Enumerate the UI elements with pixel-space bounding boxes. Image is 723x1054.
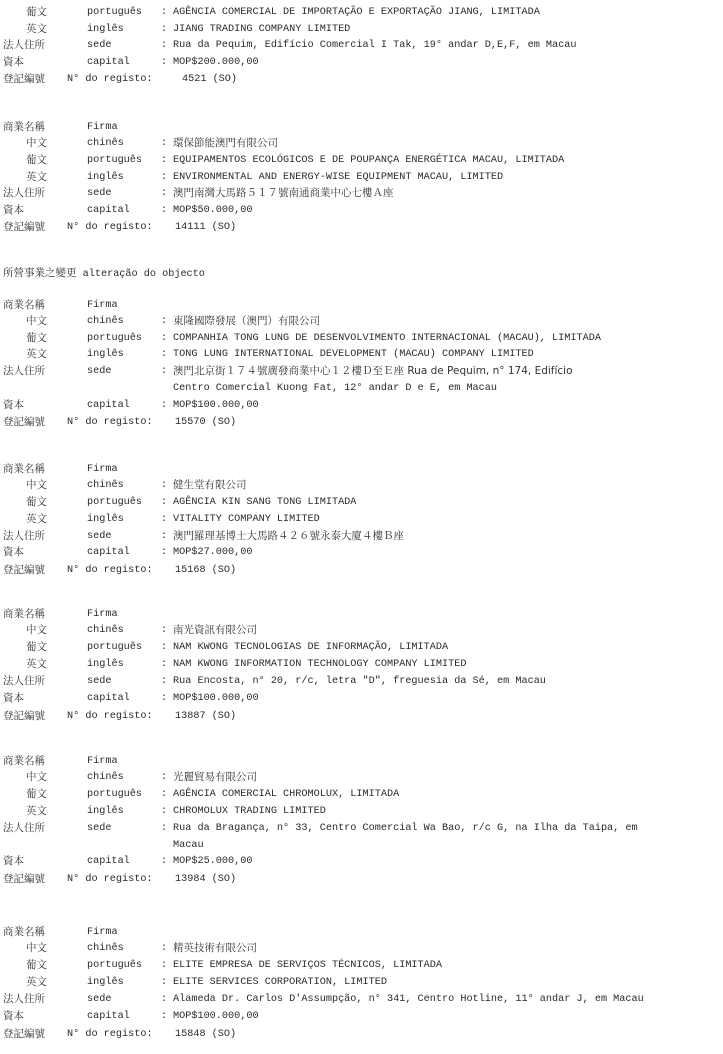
label-zh: 中文: [26, 769, 47, 786]
value: MOP$25.000,00: [173, 853, 252, 870]
label-zh: 法人住所: [3, 363, 45, 380]
value: Rua Encosta, n° 20, r/c, letra "D", freg…: [173, 673, 546, 690]
label-zh: 資本: [3, 54, 24, 71]
value: Macau: [173, 837, 204, 854]
label-pt: Firma: [87, 606, 118, 623]
label-pt: português: [87, 330, 142, 347]
value: AGÊNCIA COMERCIAL CHROMOLUX, LIMITADA: [173, 786, 399, 803]
label-zh: 中文: [26, 622, 47, 639]
value: 14111 (SO): [175, 219, 236, 236]
label-zh: 登記編號: [3, 414, 45, 431]
label-pt: sede: [87, 991, 111, 1008]
label-pt: chinês: [87, 135, 124, 152]
value: MOP$200.000,00: [173, 54, 259, 71]
label-pt: N° do registo:: [67, 414, 153, 431]
colon: :: [161, 169, 167, 186]
section-heading: 所營事業之變更 alteração do objecto: [3, 265, 205, 282]
label-pt: português: [87, 639, 142, 656]
value: MOP$100.000,00: [173, 1008, 259, 1025]
label-pt: inglês: [87, 656, 124, 673]
value: CHROMOLUX TRADING LIMITED: [173, 803, 326, 820]
colon: :: [161, 622, 167, 639]
colon: :: [161, 544, 167, 561]
label-pt: Firma: [87, 119, 118, 136]
label-pt: português: [87, 786, 142, 803]
label-pt: português: [87, 152, 142, 169]
label-zh: 葡文: [26, 330, 47, 347]
colon: :: [161, 397, 167, 414]
label-pt: N° do registo:: [67, 71, 153, 88]
label-zh: 葡文: [26, 152, 47, 169]
value: NAM KWONG TECNOLOGIAS DE INFORMAÇÃO, LIM…: [173, 639, 448, 656]
label-zh: 中文: [26, 313, 47, 330]
colon: :: [161, 135, 167, 152]
value: 健生堂有限公司: [173, 477, 247, 494]
colon: :: [161, 54, 167, 71]
value: NAM KWONG INFORMATION TECHNOLOGY COMPANY…: [173, 656, 466, 673]
label-pt: capital: [87, 853, 130, 870]
label-zh: 英文: [26, 346, 47, 363]
colon: :: [161, 820, 167, 837]
value: ELITE EMPRESA DE SERVIÇOS TÉCNICOS, LIMI…: [173, 957, 442, 974]
value: 精英技術有限公司: [173, 940, 257, 957]
colon: :: [161, 185, 167, 202]
label-zh: 葡文: [26, 639, 47, 656]
value: JIANG TRADING COMPANY LIMITED: [173, 21, 350, 38]
label-pt: sede: [87, 363, 111, 380]
colon: :: [161, 330, 167, 347]
label-pt: sede: [87, 37, 111, 54]
label-zh: 英文: [26, 21, 47, 38]
value: COMPANHIA TONG LUNG DE DESENVOLVIMENTO I…: [173, 330, 601, 347]
label-pt: português: [87, 494, 142, 511]
label-pt: inglês: [87, 169, 124, 186]
colon: :: [161, 477, 167, 494]
label-pt: capital: [87, 397, 130, 414]
value: ELITE SERVICES CORPORATION, LIMITED: [173, 974, 387, 991]
label-zh: 法人住所: [3, 185, 45, 202]
value: 15848 (SO): [175, 1026, 236, 1043]
label-zh: 葡文: [26, 494, 47, 511]
label-pt: capital: [87, 202, 130, 219]
value: MOP$100.000,00: [173, 690, 259, 707]
label-zh: 英文: [26, 169, 47, 186]
label-pt: sede: [87, 820, 111, 837]
value: Centro Comercial Kuong Fat, 12° andar D …: [173, 380, 497, 397]
label-zh: 登記編號: [3, 219, 45, 236]
label-zh: 商業名稱: [3, 606, 45, 623]
value: ENVIRONMENTAL AND ENERGY-WISE EQUIPMENT …: [173, 169, 503, 186]
label-pt: chinês: [87, 769, 124, 786]
colon: :: [161, 974, 167, 991]
label-pt: inglês: [87, 803, 124, 820]
colon: :: [161, 511, 167, 528]
colon: :: [161, 494, 167, 511]
label-pt: N° do registo:: [67, 562, 153, 579]
label-zh: 中文: [26, 940, 47, 957]
colon: :: [161, 4, 167, 21]
label-pt: sede: [87, 528, 111, 545]
label-zh: 登記編號: [3, 1026, 45, 1043]
colon: :: [161, 37, 167, 54]
value: Rua da Bragança, n° 33, Centro Comercial…: [173, 820, 638, 837]
value: MOP$27.000,00: [173, 544, 252, 561]
label-pt: inglês: [87, 21, 124, 38]
label-pt: capital: [87, 690, 130, 707]
label-pt: chinês: [87, 477, 124, 494]
label-zh: 資本: [3, 202, 24, 219]
value: 15570 (SO): [175, 414, 236, 431]
label-zh: 法人住所: [3, 528, 45, 545]
label-zh: 法人住所: [3, 673, 45, 690]
value: 光麗貿易有限公司: [173, 769, 257, 786]
colon: :: [161, 769, 167, 786]
label-pt: N° do registo:: [67, 1026, 153, 1043]
colon: :: [161, 639, 167, 656]
colon: :: [161, 528, 167, 545]
label-zh: 英文: [26, 803, 47, 820]
label-zh: 商業名稱: [3, 119, 45, 136]
label-zh: 葡文: [26, 957, 47, 974]
value: 南光資訊有限公司: [173, 622, 257, 639]
label-zh: 英文: [26, 974, 47, 991]
colon: :: [161, 656, 167, 673]
label-zh: 登記編號: [3, 562, 45, 579]
label-zh: 商業名稱: [3, 924, 45, 941]
label-pt: inglês: [87, 974, 124, 991]
label-pt: chinês: [87, 313, 124, 330]
colon: :: [161, 363, 167, 380]
label-pt: sede: [87, 185, 111, 202]
value: 澳門北京街１７４號廣發商業中心１２樓Ｄ至Ｅ座 Rua de Pequim, n°…: [173, 363, 573, 380]
label-zh: 商業名稱: [3, 297, 45, 314]
colon: :: [161, 152, 167, 169]
label-pt: Firma: [87, 461, 118, 478]
value: MOP$100.000,00: [173, 397, 259, 414]
label-pt: Firma: [87, 753, 118, 770]
label-zh: 法人住所: [3, 37, 45, 54]
colon: :: [161, 803, 167, 820]
label-pt: português: [87, 4, 142, 21]
label-zh: 資本: [3, 690, 24, 707]
value: 澳門南灣大馬路５１７號南通商業中心七樓Ａ座: [173, 185, 394, 202]
label-zh: 登記編號: [3, 71, 45, 88]
label-pt: N° do registo:: [67, 219, 153, 236]
label-zh: 資本: [3, 1008, 24, 1025]
label-zh: 法人住所: [3, 991, 45, 1008]
label-zh: 葡文: [26, 786, 47, 803]
value: AGÊNCIA COMERCIAL DE IMPORTAÇÃO E EXPORT…: [173, 4, 540, 21]
label-zh: 葡文: [26, 4, 47, 21]
section-heading-pt: alteração do objecto: [83, 269, 205, 280]
colon: :: [161, 940, 167, 957]
label-zh: 資本: [3, 544, 24, 561]
label-zh: 商業名稱: [3, 461, 45, 478]
colon: :: [161, 991, 167, 1008]
label-pt: chinês: [87, 622, 124, 639]
label-zh: 中文: [26, 135, 47, 152]
label-zh: 法人住所: [3, 820, 45, 837]
label-pt: português: [87, 957, 142, 974]
colon: :: [161, 202, 167, 219]
colon: :: [161, 690, 167, 707]
value: 4521 (SO): [182, 71, 237, 88]
label-pt: chinês: [87, 940, 124, 957]
value: EQUIPAMENTOS ECOLÓGICOS E DE POUPANÇA EN…: [173, 152, 564, 169]
label-pt: inglês: [87, 346, 124, 363]
value: VITALITY COMPANY LIMITED: [173, 511, 320, 528]
label-zh: 資本: [3, 397, 24, 414]
colon: :: [161, 957, 167, 974]
label-zh: 英文: [26, 656, 47, 673]
value: 13887 (SO): [175, 708, 236, 725]
value: 澳門羅理基博士大馬路４２６號永泰大廈４樓Ｂ座: [173, 528, 404, 545]
colon: :: [161, 313, 167, 330]
value: 15168 (SO): [175, 562, 236, 579]
label-pt: Firma: [87, 924, 118, 941]
label-pt: N° do registo:: [67, 871, 153, 888]
colon: :: [161, 673, 167, 690]
label-pt: capital: [87, 1008, 130, 1025]
colon: :: [161, 853, 167, 870]
label-zh: 英文: [26, 511, 47, 528]
section-heading-zh: 所營事業之變更: [3, 267, 77, 279]
label-zh: 登記編號: [3, 708, 45, 725]
label-zh: 中文: [26, 477, 47, 494]
value: AGÊNCIA KIN SANG TONG LIMITADA: [173, 494, 356, 511]
value: 東隆國際發展（澳門）有限公司: [173, 313, 320, 330]
label-pt: sede: [87, 673, 111, 690]
value: Rua da Pequim, Edifício Comercial I Tak,…: [173, 37, 577, 54]
value: TONG LUNG INTERNATIONAL DEVELOPMENT (MAC…: [173, 346, 534, 363]
value: MOP$50.000,00: [173, 202, 252, 219]
colon: :: [161, 786, 167, 803]
label-pt: Firma: [87, 297, 118, 314]
value: Alameda Dr. Carlos D'Assumpção, n° 341, …: [173, 991, 644, 1008]
label-pt: capital: [87, 54, 130, 71]
colon: :: [161, 21, 167, 38]
label-pt: N° do registo:: [67, 708, 153, 725]
label-pt: inglês: [87, 511, 124, 528]
colon: :: [161, 346, 167, 363]
label-pt: capital: [87, 544, 130, 561]
label-zh: 登記編號: [3, 871, 45, 888]
label-zh: 商業名稱: [3, 753, 45, 770]
value: 環保節能澳門有限公司: [173, 135, 278, 152]
label-zh: 資本: [3, 853, 24, 870]
value: 13984 (SO): [175, 871, 236, 888]
colon: :: [161, 1008, 167, 1025]
